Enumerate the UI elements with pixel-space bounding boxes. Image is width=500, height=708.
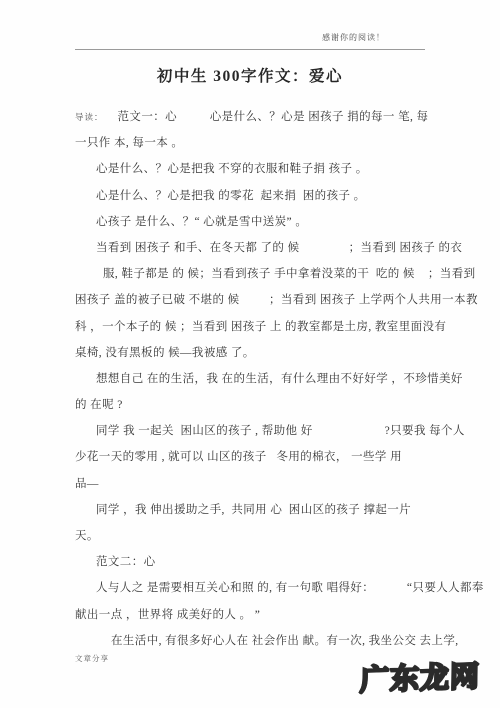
body-line: 人与人之 是需要相互关心和照 的, 有一句歌 唱得好： “只要人人都奉 (75, 575, 445, 601)
body-line: 困孩子 盖的被子已破 不堪的 候 ；当看到 困孩子 上学两个人共用一本教 (75, 287, 445, 313)
body-line: 献出一点 ，世界将 成美好的人 。 ” (75, 602, 445, 628)
body-line: 想想自己 在的生活，我 在的生活，有什么理由不好好学 ，不珍惜美好 (75, 366, 445, 392)
body-line: 天。 (75, 523, 445, 549)
body-line: 少花一天的零用 , 就可以 山区的孩子 冬用的棉衣， 一些学 用 (75, 444, 445, 470)
body-line: 在生活中, 有很多好心人在 社会作出 献。有一次, 我坐公交 去上学, (75, 628, 445, 654)
site-watermark-logo: 广东龙网 (360, 654, 481, 699)
page-title: 初中生 300字作文：爱心 (0, 64, 500, 86)
body-line: 范文二：心 (75, 549, 445, 575)
footer-label: 文章分享 (75, 653, 109, 664)
body-line: 同学 ，我 伸出援助之手, 共同用 心 困山区的孩子 撑起一片 (75, 497, 445, 523)
body-line: 服, 鞋子都是 的 候；当看到孩子 手中拿着没菜的干 吃的 候 ；当看到 (75, 261, 445, 287)
header-note: 感谢你的阅读！ (75, 32, 385, 43)
body-line: 的 在呢 ? (75, 392, 445, 418)
body-line: 科 ，一个本子的 候 ；当看到 困孩子 上 的教室都是土房, 教室里面没有 (75, 314, 445, 340)
body-line: 一只作 本, 每一本 。 (75, 130, 445, 156)
document-page: 感谢你的阅读！ 初中生 300字作文：爱心 导读：范文一：心 心是什么、？心是 … (0, 0, 500, 708)
lead-text: 范文一：心 心是什么、？心是 困孩子 捐的每一 笔, 每 (118, 111, 429, 123)
body-line: 桌椅, 没有黑板的 候—我被感 了。 (75, 340, 445, 366)
lead-label: 导读： (75, 112, 104, 122)
header-divider (75, 49, 425, 50)
body-line: 心是什么、？心是把我 不穿的衣服和鞋子捐 孩子 。 (75, 156, 445, 182)
essay-body: 导读：范文一：心 心是什么、？心是 困孩子 捐的每一 笔, 每 一只作 本, 每… (75, 104, 445, 654)
body-line: 品— (75, 471, 445, 497)
body-line: 心是什么、？心是把我 的零花 起来捐 困的孩子 。 (75, 183, 445, 209)
body-line: 同学 我 一起关 困山区的孩子 , 帮助他 好 ?只要我 每个人 (75, 418, 445, 444)
lead-line: 导读：范文一：心 心是什么、？心是 困孩子 捐的每一 笔, 每 (75, 104, 445, 130)
body-line: 当看到 困孩子 和手、在冬天都 了的 候 ；当看到 困孩子 的衣 (75, 235, 445, 261)
body-line: 心孩子 是什么、？“ 心就是雪中送炭” 。 (75, 209, 445, 235)
